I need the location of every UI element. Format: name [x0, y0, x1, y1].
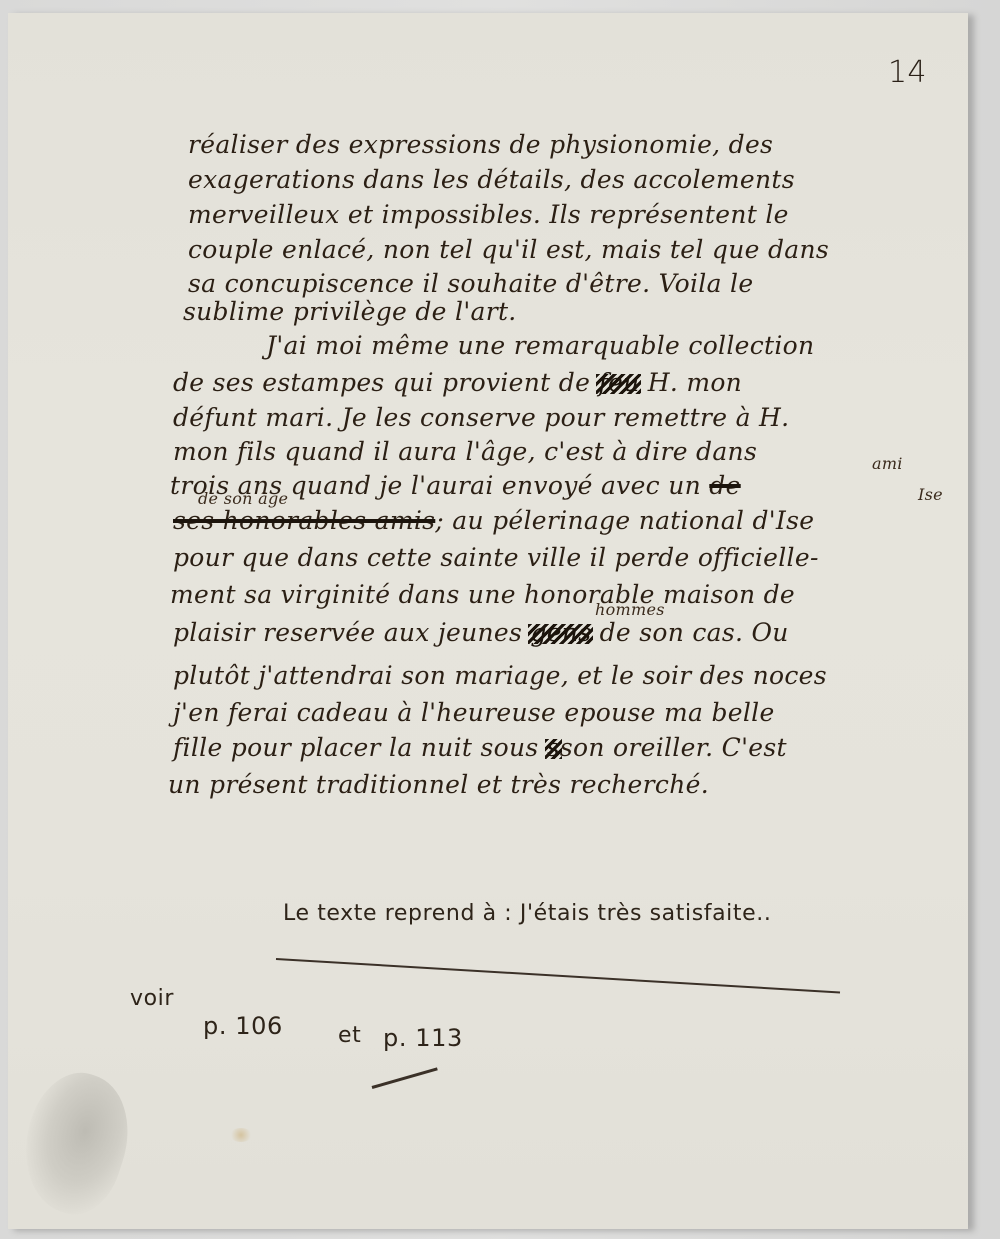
struck-letter: s	[547, 733, 560, 763]
text-line-18: fille pour placer la nuit sous sson orei…	[173, 733, 787, 763]
text-line-6: sublime privilège de l'art.	[183, 297, 517, 327]
page-reference-106: p. 106	[203, 1013, 283, 1039]
text-line-9: défunt mari. Je les conserve pour remett…	[173, 403, 789, 433]
manuscript-page: 14 réaliser des expressions de physionom…	[8, 13, 968, 1229]
text-line-14: ment sa virginité dans une honorable mai…	[170, 580, 795, 610]
text-line-7: J'ai moi même une remarquable collection	[266, 331, 814, 361]
text-line-18-start: fille pour placer la nuit sous	[173, 733, 538, 762]
text-line-16: plutôt j'attendrai son mariage, et le so…	[173, 661, 827, 691]
text-line-17: j'en ferai cadeau à l'heureuse epouse ma…	[173, 698, 775, 728]
short-dash-mark	[372, 1067, 438, 1089]
struck-phrase: ses honorables amis	[173, 506, 435, 535]
text-line-12-punct: ;	[435, 506, 444, 535]
fingerprint-smudge	[7, 1061, 145, 1225]
see-label: voir	[130, 986, 174, 1012]
continuation-note: Le texte reprend à : J'étais très satisf…	[283, 901, 771, 927]
text-line-8-end: H. mon	[648, 368, 742, 397]
divider-line	[276, 958, 840, 994]
text-line-8-start: de ses estampes qui provient de	[173, 368, 590, 397]
text-line-2: exagerations dans les détails, des accol…	[188, 165, 795, 195]
text-line-3: merveilleux et impossibles. Ils représen…	[188, 200, 789, 230]
and-label: et	[338, 1023, 361, 1049]
interlinear-insert-ami: ami	[872, 455, 903, 473]
text-line-13: pour que dans cette sainte ville il perd…	[173, 543, 819, 573]
text-line-15-start: plaisir reservée aux jeunes	[173, 618, 522, 647]
text-line-18-end: son oreiller. C'est	[560, 733, 787, 762]
text-line-4: couple enlacé, non tel qu'il est, mais t…	[188, 235, 829, 265]
page-reference-113: p. 113	[383, 1025, 463, 1051]
text-line-5: sa concupiscence il souhaite d'être. Voi…	[188, 269, 753, 299]
foxing-stain	[230, 1128, 252, 1142]
text-line-12-end: au pélerinage national d'Ise	[452, 506, 814, 535]
interlinear-insert-hommes: hommes	[595, 601, 665, 619]
text-line-15-end: de son cas. Ou	[600, 618, 789, 647]
text-line-10: mon fils quand il aura l'âge, c'est à di…	[173, 437, 757, 467]
struck-word: gens	[530, 618, 591, 648]
text-line-19: un présent traditionnel et très recherch…	[168, 770, 709, 800]
text-line-8: de ses estampes qui provient de feu H. m…	[173, 368, 742, 398]
text-line-12: ses honorables amis; au pélerinage natio…	[173, 506, 814, 536]
page-number: 14	[888, 55, 927, 90]
struck-word: de	[709, 471, 740, 500]
margin-insert-ise: Ise	[918, 486, 943, 504]
text-line-15: plaisir reservée aux jeunes gens de son …	[173, 618, 789, 648]
struck-word: feu	[598, 368, 639, 398]
text-line-1: réaliser des expressions de physionomie,…	[188, 130, 773, 160]
